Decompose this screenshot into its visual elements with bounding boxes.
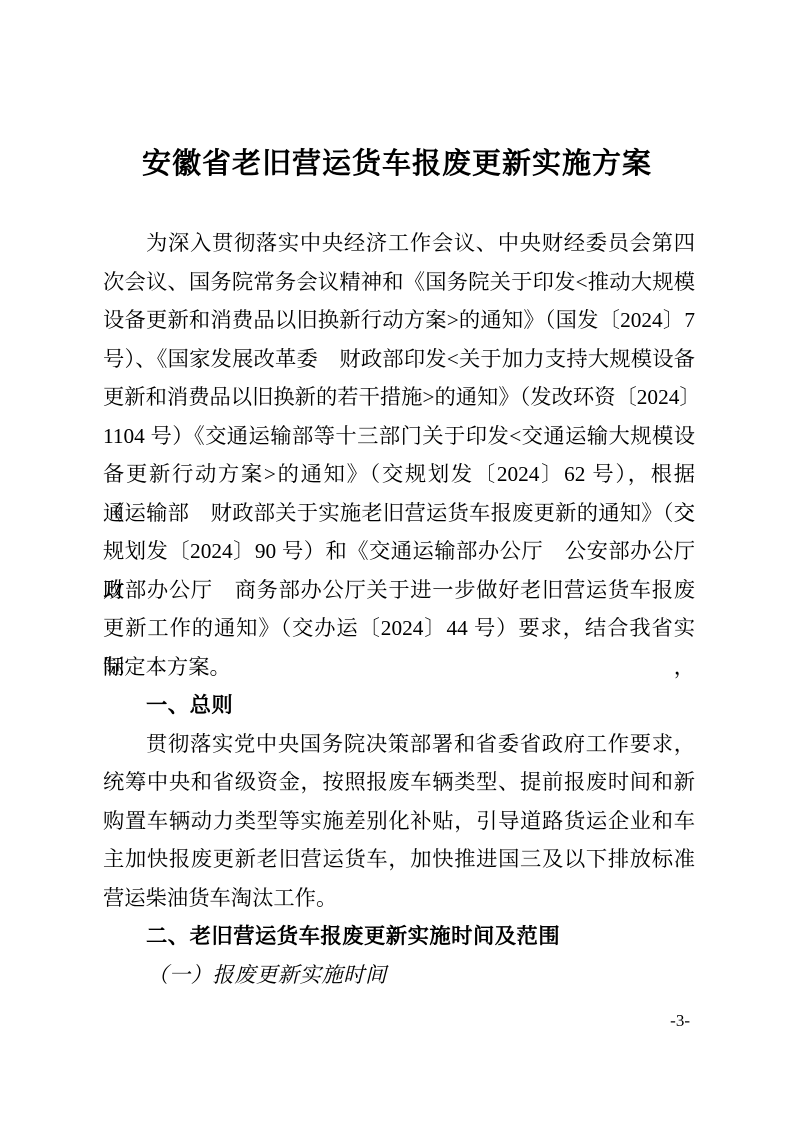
paragraph-line: 营运柴油货车淘汰工作。 [103, 879, 695, 918]
paragraph-line: 次会议、国务院常务会议精神和《国务院关于印发<推动大规模 [103, 263, 695, 302]
subsection-heading-line: （一）报废更新实施时间 [103, 956, 695, 995]
paragraph-line: 为深入贯彻落实中央经济工作会议、中央财经委员会第四 [103, 224, 695, 263]
paragraph-line: 号）、《国家发展改革委 财政部印发<关于加力支持大规模设备 [103, 340, 695, 379]
page-number: -3- [0, 1010, 690, 1032]
document-page: 安徽省老旧营运货车报废更新实施方案 为深入贯彻落实中央经济工作会议、中央财经委员… [0, 0, 794, 1122]
paragraph-line: 设备更新和消费品以旧换新行动方案>的通知》（国发〔2024〕7 [103, 301, 695, 340]
section-heading-line: 二、老旧营运货车报废更新实施时间及范围 [103, 917, 695, 956]
paragraph-line: 1104 号）《交通运输部等十三部门关于印发<交通运输大规模设 [103, 417, 695, 456]
paragraph-line: 政部办公厅 商务部办公厅关于进一步做好老旧营运货车报废 [103, 571, 695, 610]
paragraph-line: 更新和消费品以旧换新的若干措施>的通知》（发改环资〔2024〕 [103, 378, 695, 417]
document-body: 为深入贯彻落实中央经济工作会议、中央财经委员会第四次会议、国务院常务会议精神和《… [103, 224, 695, 994]
paragraph-line: 更新工作的通知》（交办运〔2024〕44 号）要求，结合我省实际， [103, 609, 695, 648]
paragraph-line: 贯彻落实党中央国务院决策部署和省委省政府工作要求， [103, 725, 695, 764]
paragraph-line: 主加快报废更新老旧营运货车，加快推进国三及以下排放标准 [103, 840, 695, 879]
paragraph-line: 备更新行动方案>的通知》（交规划发〔2024〕62 号），根据《交 [103, 455, 695, 494]
paragraph-line: 购置车辆动力类型等实施差别化补贴，引导道路货运企业和车 [103, 802, 695, 841]
document-title: 安徽省老旧营运货车报废更新实施方案 [0, 144, 794, 184]
section-heading-line: 一、总则 [103, 686, 695, 725]
paragraph-line: 通运输部 财政部关于实施老旧营运货车报废更新的通知》（交 [103, 494, 695, 533]
paragraph-line: 规划发〔2024〕90 号）和《交通运输部办公厅 公安部办公厅 财 [103, 532, 695, 571]
paragraph-line: 统筹中央和省级资金，按照报废车辆类型、提前报废时间和新 [103, 763, 695, 802]
